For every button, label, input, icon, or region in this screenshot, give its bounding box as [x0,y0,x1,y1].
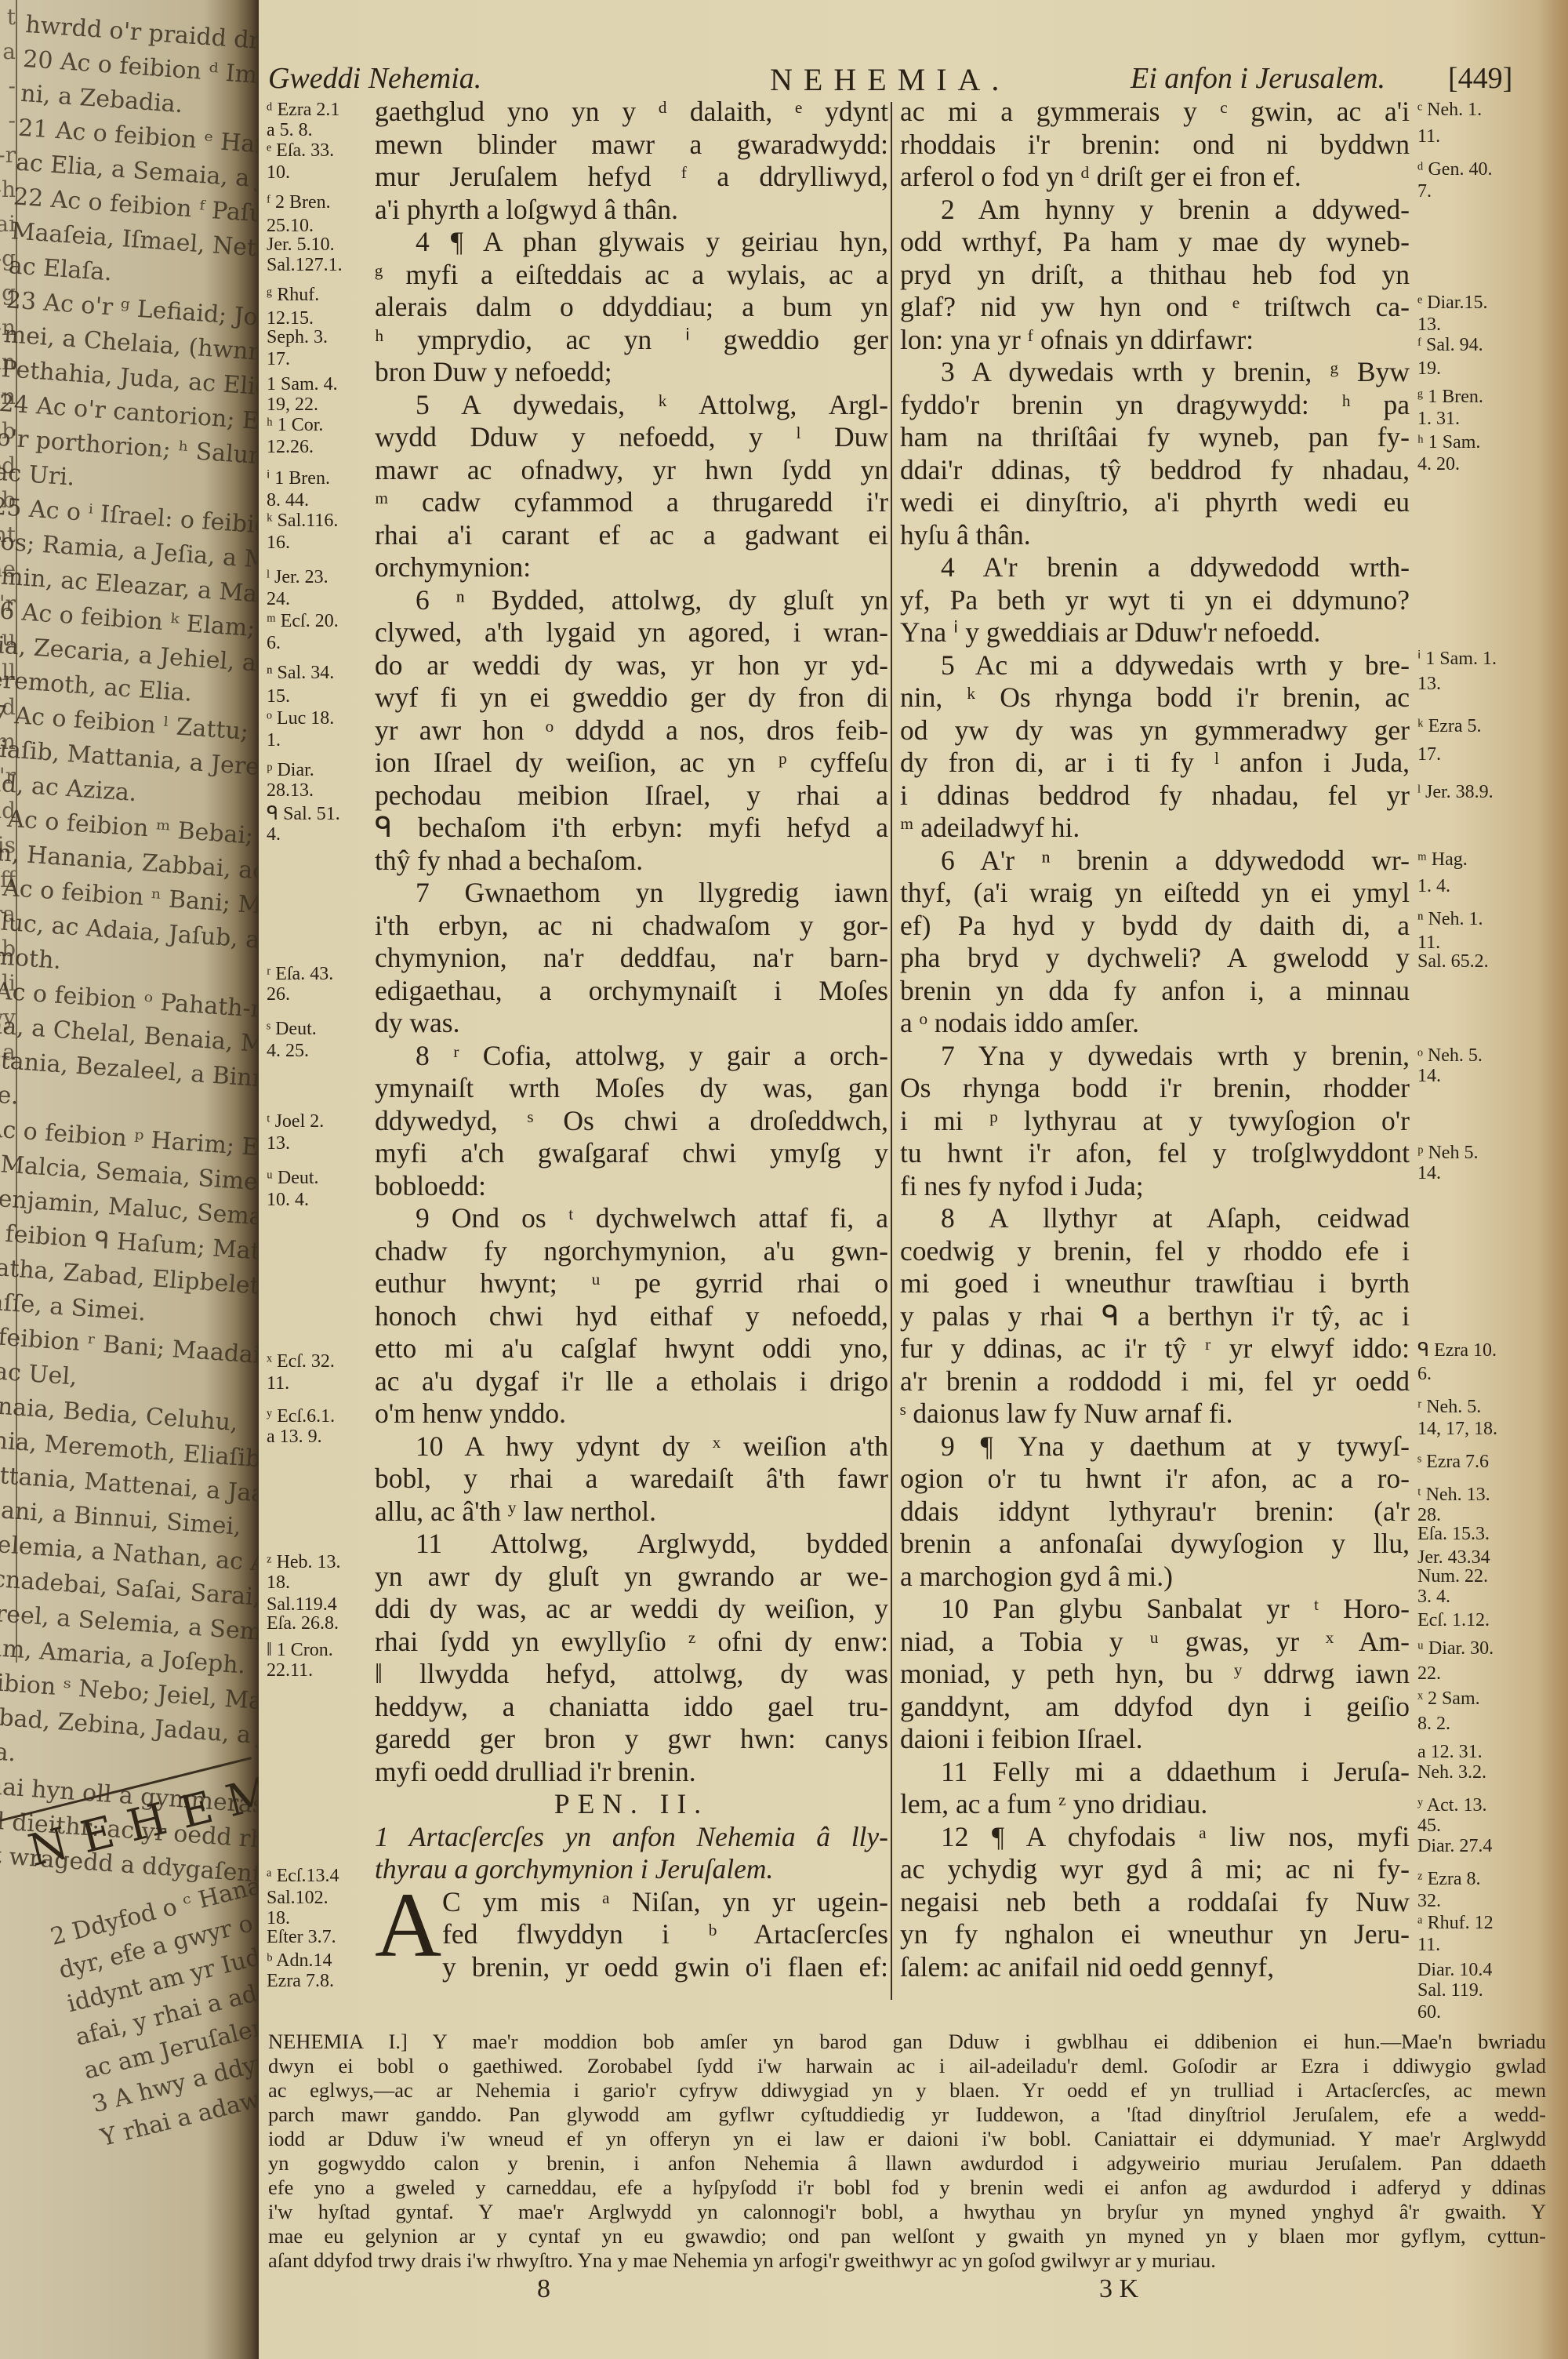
facing-page-fringe-line: t [0,0,16,35]
cross-reference: ⁿ Sal. 34. [267,663,334,683]
verse-line: fyddo'r brenin yn dragywydd: ʰ pa [900,389,1410,422]
cross-reference: ᵃ Rhuf. 12 [1417,1914,1494,1933]
cross-reference: a 5. 8. [267,121,313,140]
verse-line: o'm henw ynddo. [375,1398,888,1430]
cross-reference: 11. [1417,127,1440,147]
cross-reference: 1 Sam. 4. [267,375,338,394]
verse-line: yf, Pa beth yr wyt ti yn ei ddymuno? [900,584,1410,617]
cross-reference: ˣ 2 Sam. [1417,1689,1480,1709]
cross-reference: ᑫ Ezra 10. [1417,1341,1497,1361]
cross-reference: Sal.127.1. [267,256,343,275]
cross-reference: 8. 2. [1417,1714,1450,1734]
cross-reference: 28. [1417,1506,1441,1525]
cross-reference: ᶻ Heb. 13. [267,1553,341,1572]
facing-page-fringe-line: - [0,104,16,138]
verse-line: honoch chwi hyd eithaf y nefoedd, [375,1300,888,1333]
cross-reference: 6. [1417,1365,1432,1384]
cross-reference: ʸ Ecſ.6.1. [267,1407,335,1427]
verse-line: yn awr dy gluſt yn gwrando ar we- [375,1561,888,1594]
page-number: [449] [1448,61,1512,96]
verse-line: garedd ger bron y gwr hwn: canys [375,1723,888,1756]
cross-reference: ˢ Deut. [267,1020,317,1039]
verse-line: ddais iddynt lythyrau'r brenin: (a'r [900,1496,1410,1528]
verse-line: 7 Yna y dywedais wrth y brenin, [900,1040,1410,1073]
cross-reference: ᵉ Eſa. 33. [267,141,334,161]
footnote-line: parch mawr ganddo. Pan glywodd am gyflwr… [268,2103,1546,2127]
verse-line: daioni i feibion Iſrael. [900,1723,1410,1756]
chapter-heading: PEN. II. [375,1788,888,1821]
cross-reference: ʳ Neh. 5. [1417,1398,1481,1417]
verse-line: mewn blinder mawr a gwaradwydd: [375,129,888,162]
cross-reference: Eſa. 15.3. [1417,1525,1490,1544]
verse-line: clywed, a'th lygaid yn agored, i wran- [375,616,888,649]
verse-line: niad, a Tobia y ᵘ gwas, yr ˣ Am- [900,1626,1410,1659]
verse-line: mawr ac ofnadwy, yr hwn ſydd yn [375,454,888,487]
verse-line: nin, ᵏ Os rhynga bodd i'r brenin, ac [900,682,1410,714]
verse-line: 8 ʳ Cofia, attolwg, y gair a orch- [375,1040,888,1073]
verse-line: ion Iſrael dy weiſion, ac yn ᵖ cyffeſu [375,747,888,780]
signature-mark-left: 8 [537,2274,550,2304]
cross-reference: ʳ Eſa. 43. [267,965,333,984]
facing-page-fringe-line: r- [0,138,16,173]
verse-line: ac mi a gymmerais y ᶜ gwin, ac a'i [900,96,1410,129]
verse-line: 4 A'r brenin a ddywedodd wrth- [900,551,1410,584]
verse-line: wydd Dduw y nefoedd, y ˡ Duw [375,421,888,454]
verse-line: ſalem: ac anifail nid oedd gennyf, [900,1951,1410,1984]
cross-reference: 4. 20. [1417,455,1460,474]
signature-mark-right: 3 K [1099,2274,1138,2304]
chapter-1-verses: gaethglud yno yn y ᵈ dalaith, ᵉ ydyntmew… [375,96,888,1788]
verse-line: 2 Am hynny y brenin a ddywed- [900,194,1410,227]
cross-reference: 19. [1417,359,1441,379]
cross-reference: ʰ 1 Sam. [1417,433,1480,453]
footnote-line: efe yno a gweled y carneddau, efe a hyſp… [268,2175,1546,2200]
cross-reference: 8. 44. [267,491,309,511]
verse-line: pechodau meibion Iſrael, y rhai a [375,780,888,812]
verse-line: hyſu â thân. [900,519,1410,552]
cross-reference: 1. 31. [1417,409,1460,429]
verse-line: tu hwnt i'r afon, fel y troſglwyddont [900,1137,1410,1170]
verse-line: glaf? nid yw hyn ond ᵉ triſtwch ca- [900,291,1410,324]
verse-line: brenin yn dda fy anfon i, a minnau [900,975,1410,1008]
facing-page-fringe-line: - [0,69,16,104]
verse-line: etto mi a'u caſglaf hwynt oddi yno, [375,1332,888,1365]
cross-reference: 4. [267,825,281,845]
cross-reference: ᵏ Sal.116. [267,511,338,531]
verse-line: ddywedyd, ˢ Os chwi a droſeddwch, [375,1105,888,1138]
cross-reference: 17. [1417,745,1441,765]
verse-line: ham na thriſtâai fy wyneb, pan fy- [900,421,1410,454]
cross-reference: Eſa. 26.8. [267,1614,339,1634]
cross-reference: 10. [267,163,290,183]
cross-reference: 1. [267,731,281,751]
verse-line: y palas y rhai ᑫ a berthyn i'r tŷ, ac i [900,1300,1410,1333]
cross-reference: Ecſ. 1.12. [1417,1611,1490,1630]
verse-line: y brenin, yr oedd gwin o'i flaen ef: [375,1951,888,1984]
verse-line: lon: yna yr ᶠ ofnais yn ddirfawr: [900,324,1410,357]
verse-line: ddi dy was, ac ar weddi dy weiſion, y [375,1593,888,1626]
cross-reference: ᵘ Diar. 30. [1417,1639,1494,1659]
cross-reference: ᵒ Neh. 5. [1417,1046,1483,1066]
cross-reference: 22.11. [267,1661,313,1681]
cross-reference: 60. [1417,2003,1441,2023]
verse-line: wedi ei dinyſtrio, a'i phyrth wedi eu [900,486,1410,519]
verse-line: allu, ac â'th ʸ law nerthol. [375,1496,888,1528]
verse-line: 6 A'r ⁿ brenin a ddywedodd wr- [900,845,1410,878]
verse-line: ganddynt, am ddyfod dyn i geiſio [900,1691,1410,1724]
cross-reference: 11. [1417,933,1440,953]
cross-reference: 12.15. [267,309,314,329]
cross-reference: Diar. 27.4 [1417,1837,1492,1856]
verse-line: rhai ſydd yn ewyllyſio ᶻ ofni dy enw: [375,1626,888,1659]
verse-line: bron Duw y nefoedd; [375,356,888,389]
verse-line: odd wrthyf, Pa ham y mae dy wyneb- [900,226,1410,259]
verse-line: ˢ daionus law fy Nuw arnaf fi. [900,1398,1410,1430]
facing-page-text-column: hwrdd o'r praidd dros eu camwedd.20 Ac o… [0,8,253,1917]
verse-line: i mi ᵖ lythyrau at y tywyſogion o'r [900,1105,1410,1138]
cross-reference: Neh. 3.2. [1417,1763,1486,1783]
cross-reference: Seph. 3. [267,328,328,347]
cross-reference: 13. [1417,315,1441,335]
cross-reference: 6. [267,634,281,653]
cross-reference: ᵗ Joel 2. [267,1112,324,1132]
cross-reference: 15. [267,687,290,707]
verse-line: 12 ¶ A chyfodais ᵃ liw nos, myfi [900,1821,1410,1854]
cross-reference: 1. 4. [1417,877,1450,896]
verse-line: thŷ fy nhad a bechaſom. [375,845,888,878]
drop-cap: A [375,1886,441,1965]
cross-reference: ᵈ Ezra 2.1 [267,100,339,120]
verse-line: ymynaiſt wrth Moſes dy was, gan [375,1072,888,1105]
cross-reference: ⁿ Neh. 1. [1417,910,1483,929]
footnote-line: ac eglwys,—ac ar Nehemia i gario'r cyfry… [268,2078,1546,2103]
verse-line: chymynion, na'r deddfau, na'r barn- [375,942,888,975]
cross-reference: 14. [1417,1164,1441,1183]
footnote-line: NEHEMIA I.] Y mae'r moddion bob amſer yn… [268,2030,1546,2054]
cross-reference: ᵖ Neh 5. [1417,1143,1478,1163]
verse-line: a'r brenin a roddodd i mi, fel yr oedd [900,1365,1410,1398]
cross-reference: ˡ Jer. 23. [267,568,328,587]
verse-line: Yna ⁱ y gweddiais ar Dduw'r nefoedd. [900,616,1410,649]
verse-line: orchymynion: [375,551,888,584]
verse-line: 4 ¶ A phan glywais y geiriau hyn, [375,226,888,259]
cross-reference: ᵈ Gen. 40. [1417,160,1492,180]
verse-line: ᵐ adeiladwyf hi. [900,812,1410,845]
chapter-2-opening: A C ym mis ᵃ Niſan, yn yr ugein- fed flw… [375,1886,888,1984]
verse-line: fed flwyddyn i ᵇ Artacſercſes [375,1918,888,1951]
cross-reference: ᵐ Hag. [1417,850,1468,870]
verse-line: 9 ¶ Yna y daethum at y tywyſ- [900,1430,1410,1463]
verse-line: ef) Pa hyd y bydd dy daith di, a [900,910,1410,943]
footnote-line: i'w hyſtad gyntaf. Y mae'r Arglwydd yn c… [268,2200,1546,2224]
verse-line: ʰ ymprydio, ac yn ⁱ gweddio ger [375,324,888,357]
verse-line: edigaethau, a orchymynaiſt i Moſes [375,975,888,1008]
verse-line: euthur hwynt; ᵘ pe gyrrid rhai o [375,1267,888,1300]
running-head-left: Gweddi Nehemia. [268,61,481,96]
verse-line: ‖ llwydda hefyd, attolwg, dy was [375,1658,888,1691]
cross-reference: 14. [1417,1067,1441,1086]
verse-line: brenin a anfonaſai dywyſogion y llu, [900,1528,1410,1561]
verse-line: arferol o fod yn ᵈ driſt ger ei fron ef. [900,161,1410,194]
cross-reference: 17. [267,350,290,369]
cross-reference: 25.10. [267,216,314,236]
cross-reference: ˡ Jer. 38.9. [1417,783,1494,802]
cross-reference: 19, 22. [267,395,318,415]
verse-line: 10 Pan glybu Sanbalat yr ᵗ Horo- [900,1593,1410,1626]
cross-reference: 10. 4. [267,1190,309,1210]
chapter-summary-line: thyrau a gorchymynion i Jeruſalem. [375,1853,888,1886]
facing-page-chapter-text: 2 Ddyfod o ᶜ Hanani, un o'idyr, efe a gw… [47,1870,259,2156]
verse-line: i ddinas beddrod fy nhadau, fel yr [900,780,1410,812]
verse-line: 10 A hwy ydynt dy ˣ weiſion a'th [375,1430,888,1463]
cross-reference: ᵃ Ecſ.13.4 [267,1866,339,1886]
cross-reference: Sal. 65.2. [1417,952,1489,972]
cross-reference: 32. [1417,1892,1441,1911]
verse-line: a marchogion gyd â mi.) [900,1561,1410,1594]
footnote-line: yn gogwyddo calon y brenin, i anfon Nehe… [268,2151,1546,2175]
running-head-right: Ei anfon i Jerusalem. [1131,61,1385,96]
footnote-line: mae eu gelynion ar y cyntaf yn eu gwawdi… [268,2224,1546,2248]
verse-line: fur y ddinas, ac i'r tŷ ʳ yr elwyf iddo: [900,1332,1410,1365]
verse-line: 5 Ac mi a ddywedais wrth y bre- [900,649,1410,682]
cross-reference: ᵉ Diar.15. [1417,293,1487,313]
cross-reference: 3. 4. [1417,1587,1450,1607]
cross-reference: ᵍ Rhuf. [267,285,319,305]
chapter-summary: 1 Artacſercſes yn anfon Nehemia â lly- t… [375,1821,888,1886]
verse-line: ddai'r ddinas, tŷ beddrod fy nhadau, [900,454,1410,487]
footnote-line: aſant ddyfod trwy drais i'w rhwyſtro. Yn… [268,2248,1546,2273]
verse-line: moniad, y peth hyn, bu ʸ ddrwg iawn [900,1658,1410,1691]
verse-line: chadw fy ngorchymynion, a'u gwn- [375,1235,888,1268]
cross-reference: 18. [267,1573,290,1593]
verse-line: coedwig y brenin, fel y rhoddo efe i [900,1235,1410,1268]
cross-reference: 11. [267,1374,289,1394]
cross-reference: Sal.119.4 [267,1595,337,1615]
cross-reference: ʸ Act. 13. [1417,1796,1486,1816]
cross-reference: ᵇ Adn.14 [267,1951,332,1971]
cross-reference: ᵐ Ecſ. 20. [267,612,339,631]
cross-reference: Num. 22. [1417,1567,1488,1587]
running-head-book-title: NEHEMIA. [770,61,1010,98]
verse-line: mi goed i wneuthur trawſtiau i byrth [900,1267,1410,1300]
cross-reference: ˣ Ecſ. 32. [267,1352,335,1372]
verse-line: yr awr hon ᵒ ddydd a nos, dros feib- [375,714,888,747]
verse-line: bobl, y rhai a waredaiſt â'th fawr [375,1463,888,1496]
cross-reference: 45. [1417,1816,1441,1836]
verse-line: 3 A dywedais wrth y brenin, ᵍ Byw [900,356,1410,389]
text-column-left: gaethglud yno yn y ᵈ dalaith, ᵉ ydyntmew… [375,96,888,1983]
cross-reference: ᵍ 1 Bren. [1417,387,1483,407]
verse-line: myfi a'ch gwaſgaraf chwi ymyſg y [375,1137,888,1170]
cross-reference: ᶜ Neh. 1. [1417,100,1482,120]
verse-line: pryd yn driſt, a thithau heb fod yn [900,259,1410,292]
cross-reference: Sal.102. [267,1888,328,1908]
verse-line: 11 Attolwg, Arglwydd, bydded [375,1528,888,1561]
verse-line: heddyw, a chaniatta iddo gael tru- [375,1691,888,1724]
cross-reference: ⁱ 1 Bren. [267,469,330,489]
cross-reference: ʰ 1 Cor. [267,416,323,435]
cross-reference: 12.26. [267,438,314,457]
verse-line: Os rhynga bodd i'r brenin, rhodder [900,1072,1410,1105]
cross-reference: ‖ 1 Cron. [267,1641,333,1660]
facing-page-fringe-line: a [0,35,16,69]
footnote-line: iodd ar Dduw i'w wneud ef yn offeryn yn … [268,2127,1546,2151]
cross-reference: a 13. 9. [267,1427,322,1447]
cross-reference: ˢ Ezra 7.6 [1417,1452,1489,1472]
verse-line: i'th erbyn, ac ni chadwaſom y gor- [375,910,888,943]
verse-line: alerais dalm o ddyddiau; a bum yn [375,291,888,324]
chapter-summary-line: 1 Artacſercſes yn anfon Nehemia â lly- [375,1821,888,1854]
cross-reference: Diar. 10.4 [1417,1961,1492,1980]
cross-reference: 13. [1417,674,1441,694]
cross-reference: ᵗ Neh. 13. [1417,1485,1490,1505]
cross-reference: ᵖ Diar. [267,761,314,780]
verse-line: ac a'u dygaf i'r lle a etholais i drigo [375,1365,888,1398]
verse-line: ᑫ bechaſom i'th erbyn: myfi hefyd a [375,812,888,845]
cross-reference: ᶠ 2 Bren. [267,193,331,213]
verse-line: fi nes fy nyfod i Juda; [900,1170,1410,1203]
book-page: Gweddi Nehemia. NEHEMIA. Ei anfon i Jeru… [259,0,1568,2359]
footnote-line: dwyn ei bobl o gaethiwed. Zorobabel ſydd… [268,2054,1546,2078]
verse-line: pha bryd y dychweli? A gwelodd y [900,942,1410,975]
verse-line: yn fy nghalon ei wneuthur yn Jeru- [900,1918,1410,1951]
verse-line: wyf fi yn ei gweddio ger dy fron di [375,682,888,714]
cross-reference: 22. [1417,1664,1441,1684]
verse-line: 7 Gwnaethom yn llygredig iawn [375,877,888,910]
cross-reference: 7. [1417,182,1432,202]
cross-reference: Jer. 5.10. [267,235,335,255]
cross-reference: 16. [267,533,290,553]
cross-reference: Ezra 7.8. [267,1972,334,1991]
cross-reference: 4. 25. [267,1041,309,1061]
cross-reference: 11. [1417,1936,1440,1955]
cross-reference: ᑫ Sal. 51. [267,805,340,824]
cross-reference: Sal. 119. [1417,1981,1483,2001]
verse-line: C ym mis ᵃ Niſan, yn yr ugein- [375,1886,888,1919]
verse-line: myfi oedd drulliad i'r brenin. [375,1756,888,1789]
verse-line: thyf, (a'i wraig yn eiſtedd yn ei ymyl [900,877,1410,910]
verse-line: a ᵒ nodais iddo amſer. [900,1007,1410,1040]
verse-line: 11 Felly mi a ddaethum i Jeruſa- [900,1756,1410,1789]
verse-line: dy fron di, ar i ti fy ˡ anfon i Juda, [900,747,1410,780]
verse-line: do ar weddi dy was, yr hon yr yd- [375,649,888,682]
verse-line: lem, ac a fum ᶻ yno dridiau. [900,1788,1410,1821]
verse-line: 8 A llythyr at Aſaph, ceidwad [900,1202,1410,1235]
cross-reference: Jer. 43.34 [1417,1548,1490,1568]
verse-line: gaethglud yno yn y ᵈ dalaith, ᵉ ydynt [375,96,888,129]
verse-line: od yw dy was yn gymmeradwy ger [900,714,1410,747]
cross-reference: Eſter 3.7. [267,1928,336,1947]
verse-line: 5 A dywedais, ᵏ Attolwg, Argl- [375,389,888,422]
verse-line: bobloedd: [375,1170,888,1203]
cross-reference: 13. [267,1134,290,1154]
cross-reference: ᵏ Ezra 5. [1417,717,1482,736]
verse-line: rhai a'i carant ef ac a gadwant ei [375,519,888,552]
cross-reference: ᵒ Luc 18. [267,709,334,729]
verse-line: rhoddais i'r brenin: ond ni byddwn [900,129,1410,162]
cross-reference: 26. [267,985,290,1005]
verse-line: ᵐ cadw cyfammod a thrugaredd i'r [375,486,888,519]
cross-reference: 18. [267,1909,290,1928]
cross-reference: ⁱ 1 Sam. 1. [1417,649,1497,669]
chapter-commentary-footnote: NEHEMIA I.] Y mae'r moddion bob amſer yn… [268,2030,1546,2273]
cross-reference: ᶻ Ezra 8. [1417,1870,1481,1889]
verse-line: ac ychydig wyr gyd â mi; ac ni fy- [900,1853,1410,1886]
verse-line: negaisi neb beth a roddaſai fy Nuw [900,1886,1410,1919]
verse-line: ᵍ myfi a eiſteddais ac a wylais, ac a [375,259,888,292]
cross-reference: 24. [267,590,290,609]
cross-reference: ᶠ Sal. 94. [1417,336,1483,355]
verse-line: 9 Ond os ᵗ dychwelwch attaf fi, a [375,1202,888,1235]
text-column-right: ac mi a gymmerais y ᶜ gwin, ac a'irhodda… [900,96,1410,1983]
cross-reference: 28.13. [267,781,314,801]
facing-page: ta--r-h-aig-g,n-einn.abod-ab-antae-â'rau… [0,0,259,2359]
verse-line: mur Jeruſalem hefyd ᶠ a ddrylliwyd, [375,161,888,194]
verse-line: 6 ⁿ Bydded, attolwg, dy gluſt yn [375,584,888,617]
column-divider-rule [891,102,892,2000]
verse-line: dy was. [375,1007,888,1040]
cross-reference: ᵘ Deut. [267,1169,319,1188]
cross-reference: 14, 17, 18. [1417,1419,1497,1439]
verse-line: a'i phyrth a loſgwyd â thân. [375,194,888,227]
verse-line: ogion o'r tu hwnt i'r afon, ac a ro- [900,1463,1410,1496]
cross-reference: a 12. 31. [1417,1743,1483,1762]
